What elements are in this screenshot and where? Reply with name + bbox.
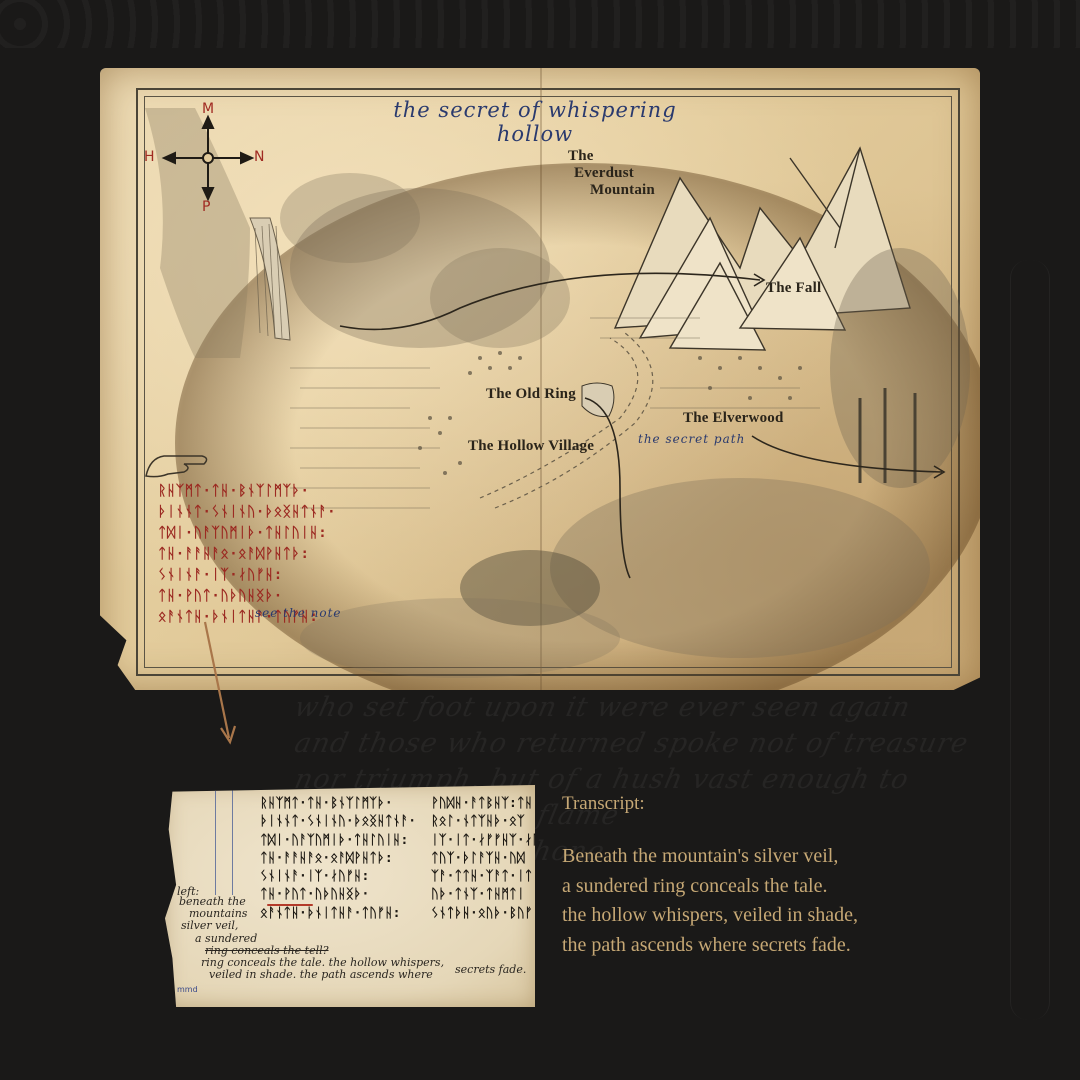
torn-note: ᚱᚺᛉᛗᛏ·ᛏᚺ·ᛒᚾᛉᛚᛗᛉᚦ· ᚦᛁᚾᚾᛏ·ᛊᚾᛁᚾᚢ·ᚦᛟᛝᚺᛏᚾᚨ· ᛏ… [165,785,535,1007]
note-handwriting-line: secrets fade. [455,963,526,976]
note-handwriting-line: silver veil, [181,919,238,932]
label-line: Everdust [568,165,655,182]
compass-east-label: N [254,149,264,165]
map-title: the secret of whispering hollow [365,98,705,146]
rune-line: ᛟᚨᚾᛏᚺ·ᚦᚾᛁᛏᚺᚨ·ᛏᚢᚠᚺ: [260,905,430,923]
see-the-note-label: see the note [255,606,342,620]
decorative-top-band [0,0,1080,48]
bg-script-line: who set foot upon it were ever seen agai… [291,690,899,726]
label-secret-path: the secret path [638,432,745,446]
transcript-line: Beneath the mountain's silver veil, [562,842,982,872]
rune-line: ᚱᛟᛚ·ᚾᛏᛉᚺᚦ·ᛟᛉ [431,813,535,831]
rune-line: ᚦᛁᚾᚾᛏ·ᛊᚾᛁᚾᚢ·ᚦᛟᛝᚺᛏᚾᚨ· [158,502,378,523]
note-stamp: mmd [177,985,198,994]
rune-line: ᛏᚢᛉ·ᚦᛚᚨᛉᚺ·ᚢᛞ [431,850,535,868]
compass-south-label: P [202,199,210,215]
compass-north-label: M [202,101,214,117]
bg-script-line: and those who returned spoke not of trea… [291,726,899,762]
rune-line: ᛉᚨ·ᛏᛏᚺ·ᛉᚨᛏ·ᛁᛏ [431,868,535,886]
transcript-panel: Transcript: Beneath the mountain's silve… [562,792,982,960]
transcript-line: the path ascends where secrets fade. [562,931,982,961]
rune-line: ᚱᚺᛉᛗᛏ·ᛏᚺ·ᛒᚾᛉᛚᛗᛉᚦ· [158,481,378,502]
rune-line: ᚢᚦ·ᛏᚾᛉ·ᛏᚺᛗᛏᛁ [431,886,535,904]
pointing-hand-icon [144,446,224,486]
decorative-frame-right [1010,260,1050,1020]
label-everdust-mountain: The Everdust Mountain [568,148,655,199]
rune-line: ᚹᚢᛞᚺ·ᚨᛏᛒᚺᛉ:ᛏᚺ [431,795,535,813]
transcript-line: the hollow whispers, veiled in shade, [562,901,982,931]
label-elverwood: The Elverwood [683,410,784,427]
label-old-ring: The Old Ring [486,386,576,403]
note-handwriting-line: veiled in shade. the path ascends where [209,968,433,981]
label-the-fall: The Fall [766,280,821,297]
rune-line: ᚱᚺᛉᛗᛏ·ᛏᚺ·ᛒᚾᛉᛚᛗᛉᚦ· [260,795,430,813]
rune-line: ᛁᛉ·ᛁᛏ·ᛅᚠᚠᚺᛉ·ᛅᚢ [431,832,535,850]
rune-line: ᛏᚺ·ᚨᚨᚺᚨᛟ·ᛟᚨᛞᚹᚺᛏᚦ: [260,850,430,868]
label-hollow-village: The Hollow Village [468,438,594,455]
rune-line: ᛊᚾᛁᚾᚨ·ᛁᛉ·ᛅᚢᚠᚺ: [260,868,430,886]
note-margin-lines [215,785,233,895]
rune-line: ᛏᛞᛁ·ᚢᚨᛉᚢᛗᛁᚦ·ᛏᚺᛚᚢᛁᚺ: [260,832,430,850]
treasure-map: the secret of whispering hollow M P H N … [100,68,980,690]
rune-line: ᚦᛁᚾᚾᛏ·ᛊᚾᛁᚾᚢ·ᚦᛟᛝᚺᛏᚾᚨ· [260,813,430,831]
red-underline-mark [267,904,313,906]
rune-line: ᛊᚾᛁᚾᚨ·ᛁᛉ·ᛅᚢᚠᚺ: [158,565,378,586]
label-line: The [568,148,655,165]
rune-line: ᛊᚾᛏᚦᚺ·ᛟᚢᚦ·ᛒᚢᚠ [431,905,535,923]
rune-line: ᛏᛞᛁ·ᚢᚨᛉᚢᛗᛁᚦ·ᛏᚺᛚᚢᛁᚺ: [158,523,378,544]
compass-rose: M P H N [158,103,258,213]
rune-line: ᛏᚺ·ᚨᚨᚺᚨᛟ·ᛟᚨᛞᚹᚺᛏᚦ: [158,544,378,565]
note-runes-column-2: ᚹᚢᛞᚺ·ᚨᛏᛒᚺᛉ:ᛏᚺ ᚱᛟᛚ·ᚾᛏᛉᚺᚦ·ᛟᛉ ᛁᛉ·ᛁᛏ·ᛅᚠᚠᚺᛉ·ᛅ… [431,795,535,923]
transcript-heading: Transcript: [562,792,982,816]
compass-arrows-icon [158,103,258,213]
rune-line: ᛏᚺ·ᚹᚢᛏ·ᚢᚦᚢᚺᛝᚦ· [158,586,378,607]
arrow-down-icon [195,620,255,750]
rune-line: ᛏᚺ·ᚹᚢᛏ·ᚢᚦᚢᚺᛝᚦ· [260,886,430,904]
label-line: Mountain [568,182,655,199]
transcript-line: a sundered ring conceals the tale. [562,872,982,902]
compass-west-label: H [144,149,155,165]
